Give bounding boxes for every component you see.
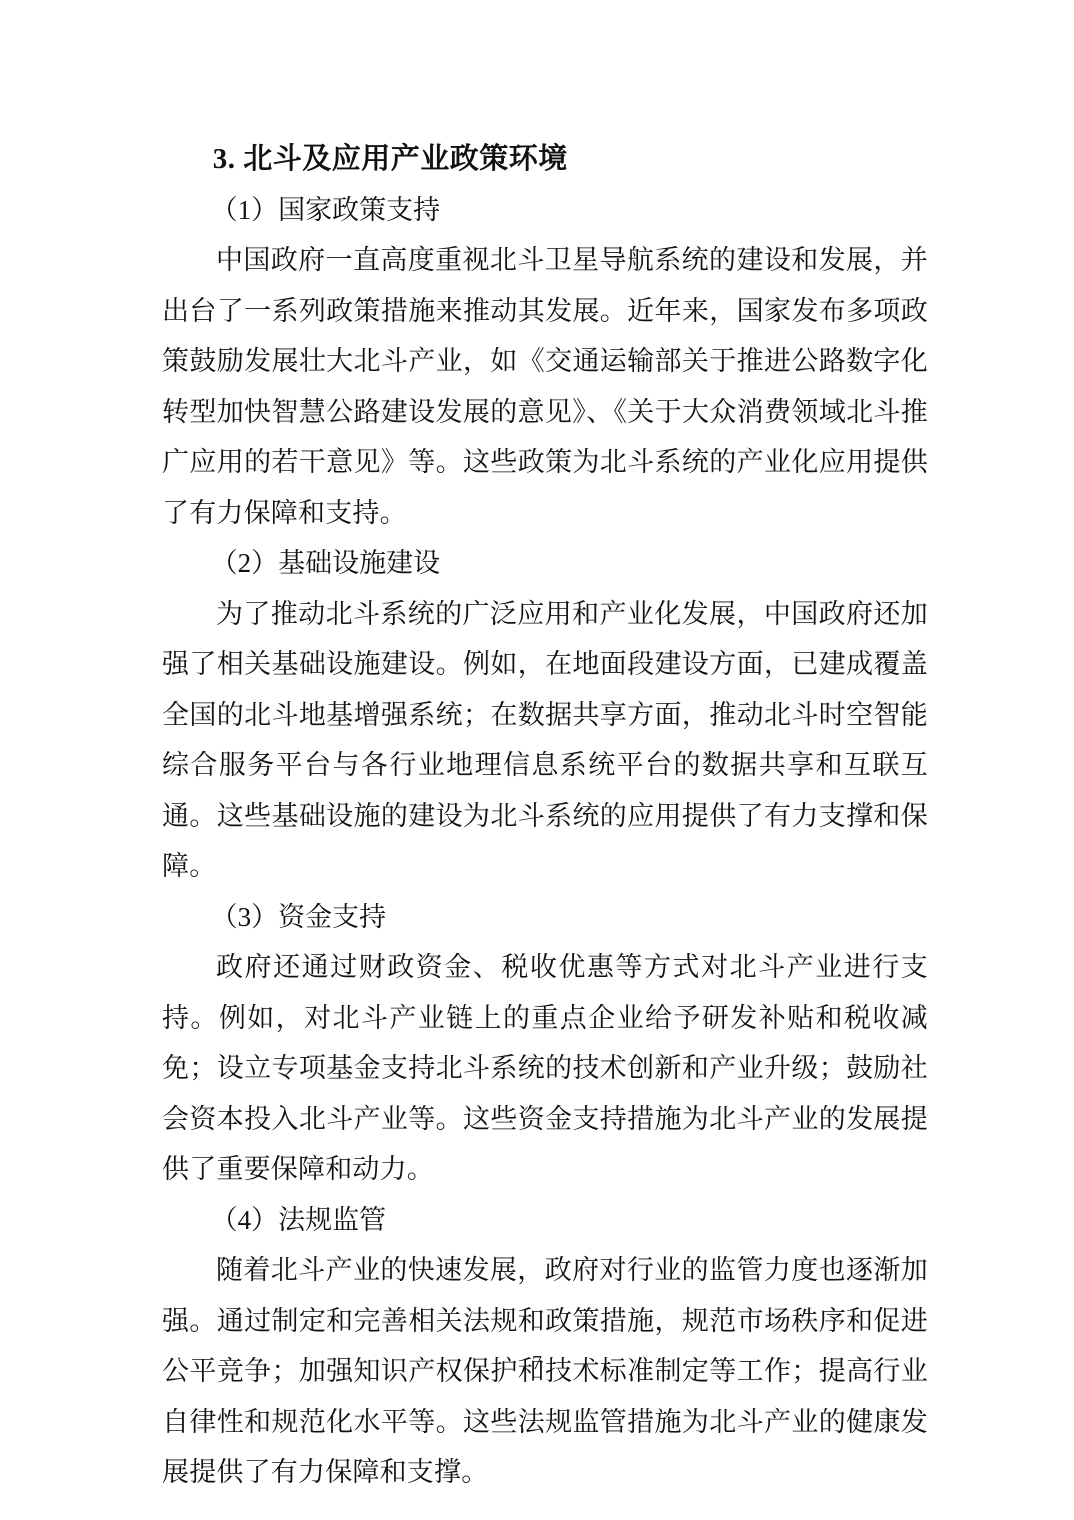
paragraph-national-policy: 中国政府一直高度重视北斗卫星导航系统的建设和发展，并出台了一系列政策措施来推动其… (162, 235, 928, 538)
paragraph-infrastructure: 为了推动北斗系统的广泛应用和产业化发展，中国政府还加强了相关基础设施建设。例如，… (162, 589, 928, 892)
subheading-infrastructure: （2）基础设施建设 (162, 538, 928, 589)
document-page: 3. 北斗及应用产业政策环境 （1）国家政策支持 中国政府一直高度重视北斗卫星导… (0, 0, 1074, 1520)
subheading-regulation: （4）法规监管 (162, 1195, 928, 1246)
page-number: 7 (0, 1352, 1074, 1375)
paragraph-funding-support: 政府还通过财政资金、税收优惠等方式对北斗产业进行支持。例如，对北斗产业链上的重点… (162, 942, 928, 1195)
subheading-funding-support: （3）资金支持 (162, 892, 928, 943)
document-content: 3. 北斗及应用产业政策环境 （1）国家政策支持 中国政府一直高度重视北斗卫星导… (162, 134, 928, 1498)
subheading-national-policy: （1）国家政策支持 (162, 185, 928, 236)
section-heading: 3. 北斗及应用产业政策环境 (162, 134, 928, 185)
